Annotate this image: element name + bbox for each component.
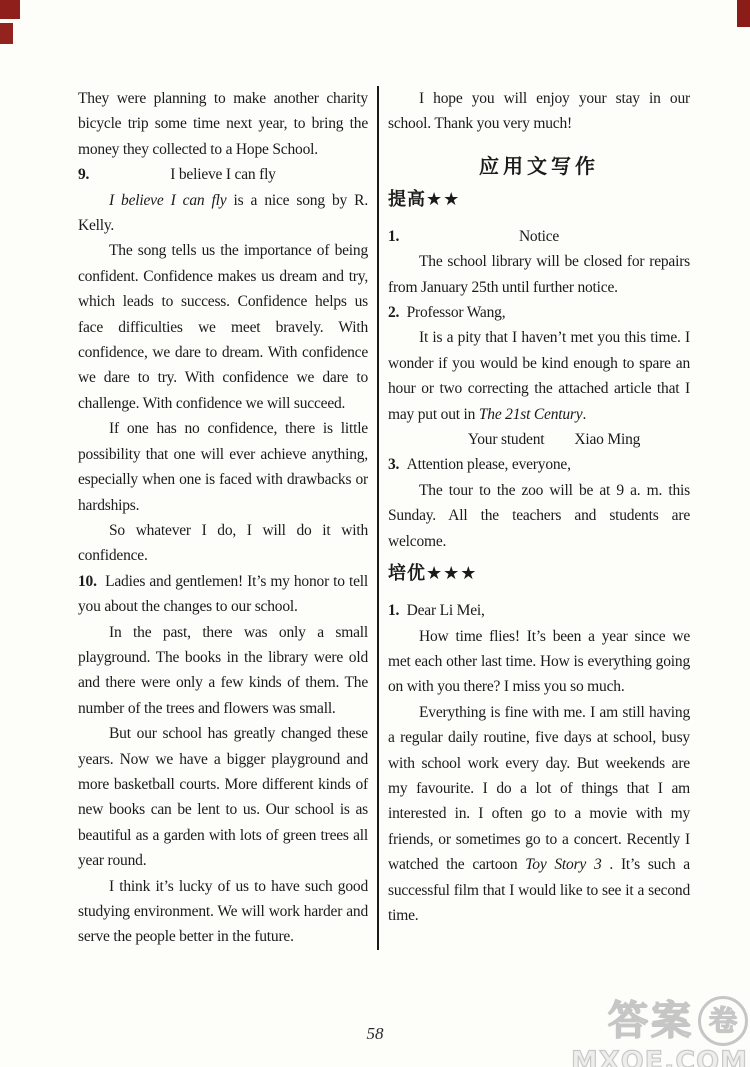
item-number: 3. bbox=[388, 456, 399, 473]
paragraph: But our school has greatly changed these… bbox=[78, 721, 368, 873]
song-title-italic: I believe I can fly bbox=[109, 192, 226, 209]
item-number: 2. bbox=[388, 304, 399, 321]
paragraph: If one has no confidence, there is littl… bbox=[78, 416, 368, 518]
paragraph: So whatever I do, I will do it with conf… bbox=[78, 518, 368, 569]
red-corner-mark-top-left bbox=[0, 0, 20, 19]
item-3-salutation: 3. Attention please, everyone, bbox=[388, 452, 690, 477]
item-number: 9. bbox=[78, 162, 89, 187]
level-label-improve: 提高★★ bbox=[388, 187, 690, 213]
paragraph-text: . bbox=[582, 406, 586, 423]
page-content: They were planning to make another chari… bbox=[78, 86, 690, 950]
paragraph: In the past, there was only a small play… bbox=[78, 620, 368, 722]
paragraph: I think it’s lucky of us to have such go… bbox=[78, 874, 368, 950]
item-2-salutation: 2. Professor Wang, bbox=[388, 300, 690, 325]
item-number: 10. bbox=[78, 573, 97, 590]
signature-name: Xiao Ming bbox=[574, 427, 640, 452]
composition-title: I believe I can fly bbox=[170, 166, 276, 183]
paragraph: How time flies! It’s been a year since w… bbox=[388, 624, 690, 700]
item-1-title-line: 1. Notice bbox=[388, 224, 690, 249]
paragraph: The school library will be closed for re… bbox=[388, 249, 690, 300]
item-9-title-line: 9. I believe I can fly bbox=[78, 162, 368, 187]
continued-paragraph: They were planning to make another chari… bbox=[78, 86, 368, 162]
letter-signature: Your student Xiao Ming bbox=[388, 427, 690, 452]
paragraph: Everything is fine with me. I am still h… bbox=[388, 700, 690, 929]
paragraph: It is a pity that I haven’t met you this… bbox=[388, 325, 690, 427]
signature-role: Your student bbox=[468, 427, 545, 452]
item-number: 1. bbox=[388, 602, 399, 619]
level-label-excellent: 培优★★★ bbox=[388, 561, 690, 587]
right-column: I hope you will enjoy your stay in our s… bbox=[379, 86, 690, 950]
watermark-domain: MXQE.COM bbox=[571, 1048, 748, 1067]
red-corner-mark-left bbox=[0, 23, 13, 44]
salutation-text: Professor Wang, bbox=[407, 304, 506, 321]
paragraph: The tour to the zoo will be at 9 a. m. t… bbox=[388, 478, 690, 554]
item-10-lead: 10. Ladies and gentlemen! It’s my honor … bbox=[78, 569, 368, 620]
notice-title: Notice bbox=[519, 228, 559, 245]
left-column: They were planning to make another chari… bbox=[78, 86, 368, 950]
item-number: 1. bbox=[388, 224, 399, 249]
film-title-italic: Toy Story 3 bbox=[525, 856, 601, 873]
paragraph-text: Everything is fine with me. I am still h… bbox=[388, 704, 690, 873]
continued-paragraph: I hope you will enjoy your stay in our s… bbox=[388, 86, 690, 137]
salutation-text: Attention please, everyone, bbox=[407, 456, 571, 473]
section-heading-practical-writing: 应用文写作 bbox=[388, 152, 690, 180]
salutation-text: Dear Li Mei, bbox=[407, 602, 485, 619]
item-1b-salutation: 1. Dear Li Mei, bbox=[388, 598, 690, 623]
red-corner-mark-top-right bbox=[737, 0, 750, 27]
paragraph-text: Ladies and gentlemen! It’s my honor to t… bbox=[78, 573, 368, 615]
scanned-answer-page: They were planning to make another chari… bbox=[0, 0, 750, 1067]
newspaper-title-italic: The 21st Century bbox=[479, 406, 583, 423]
paragraph: The song tells us the importance of bein… bbox=[78, 238, 368, 416]
paragraph: I believe I can fly is a nice song by R.… bbox=[78, 188, 368, 239]
page-number: 58 bbox=[0, 1024, 750, 1044]
